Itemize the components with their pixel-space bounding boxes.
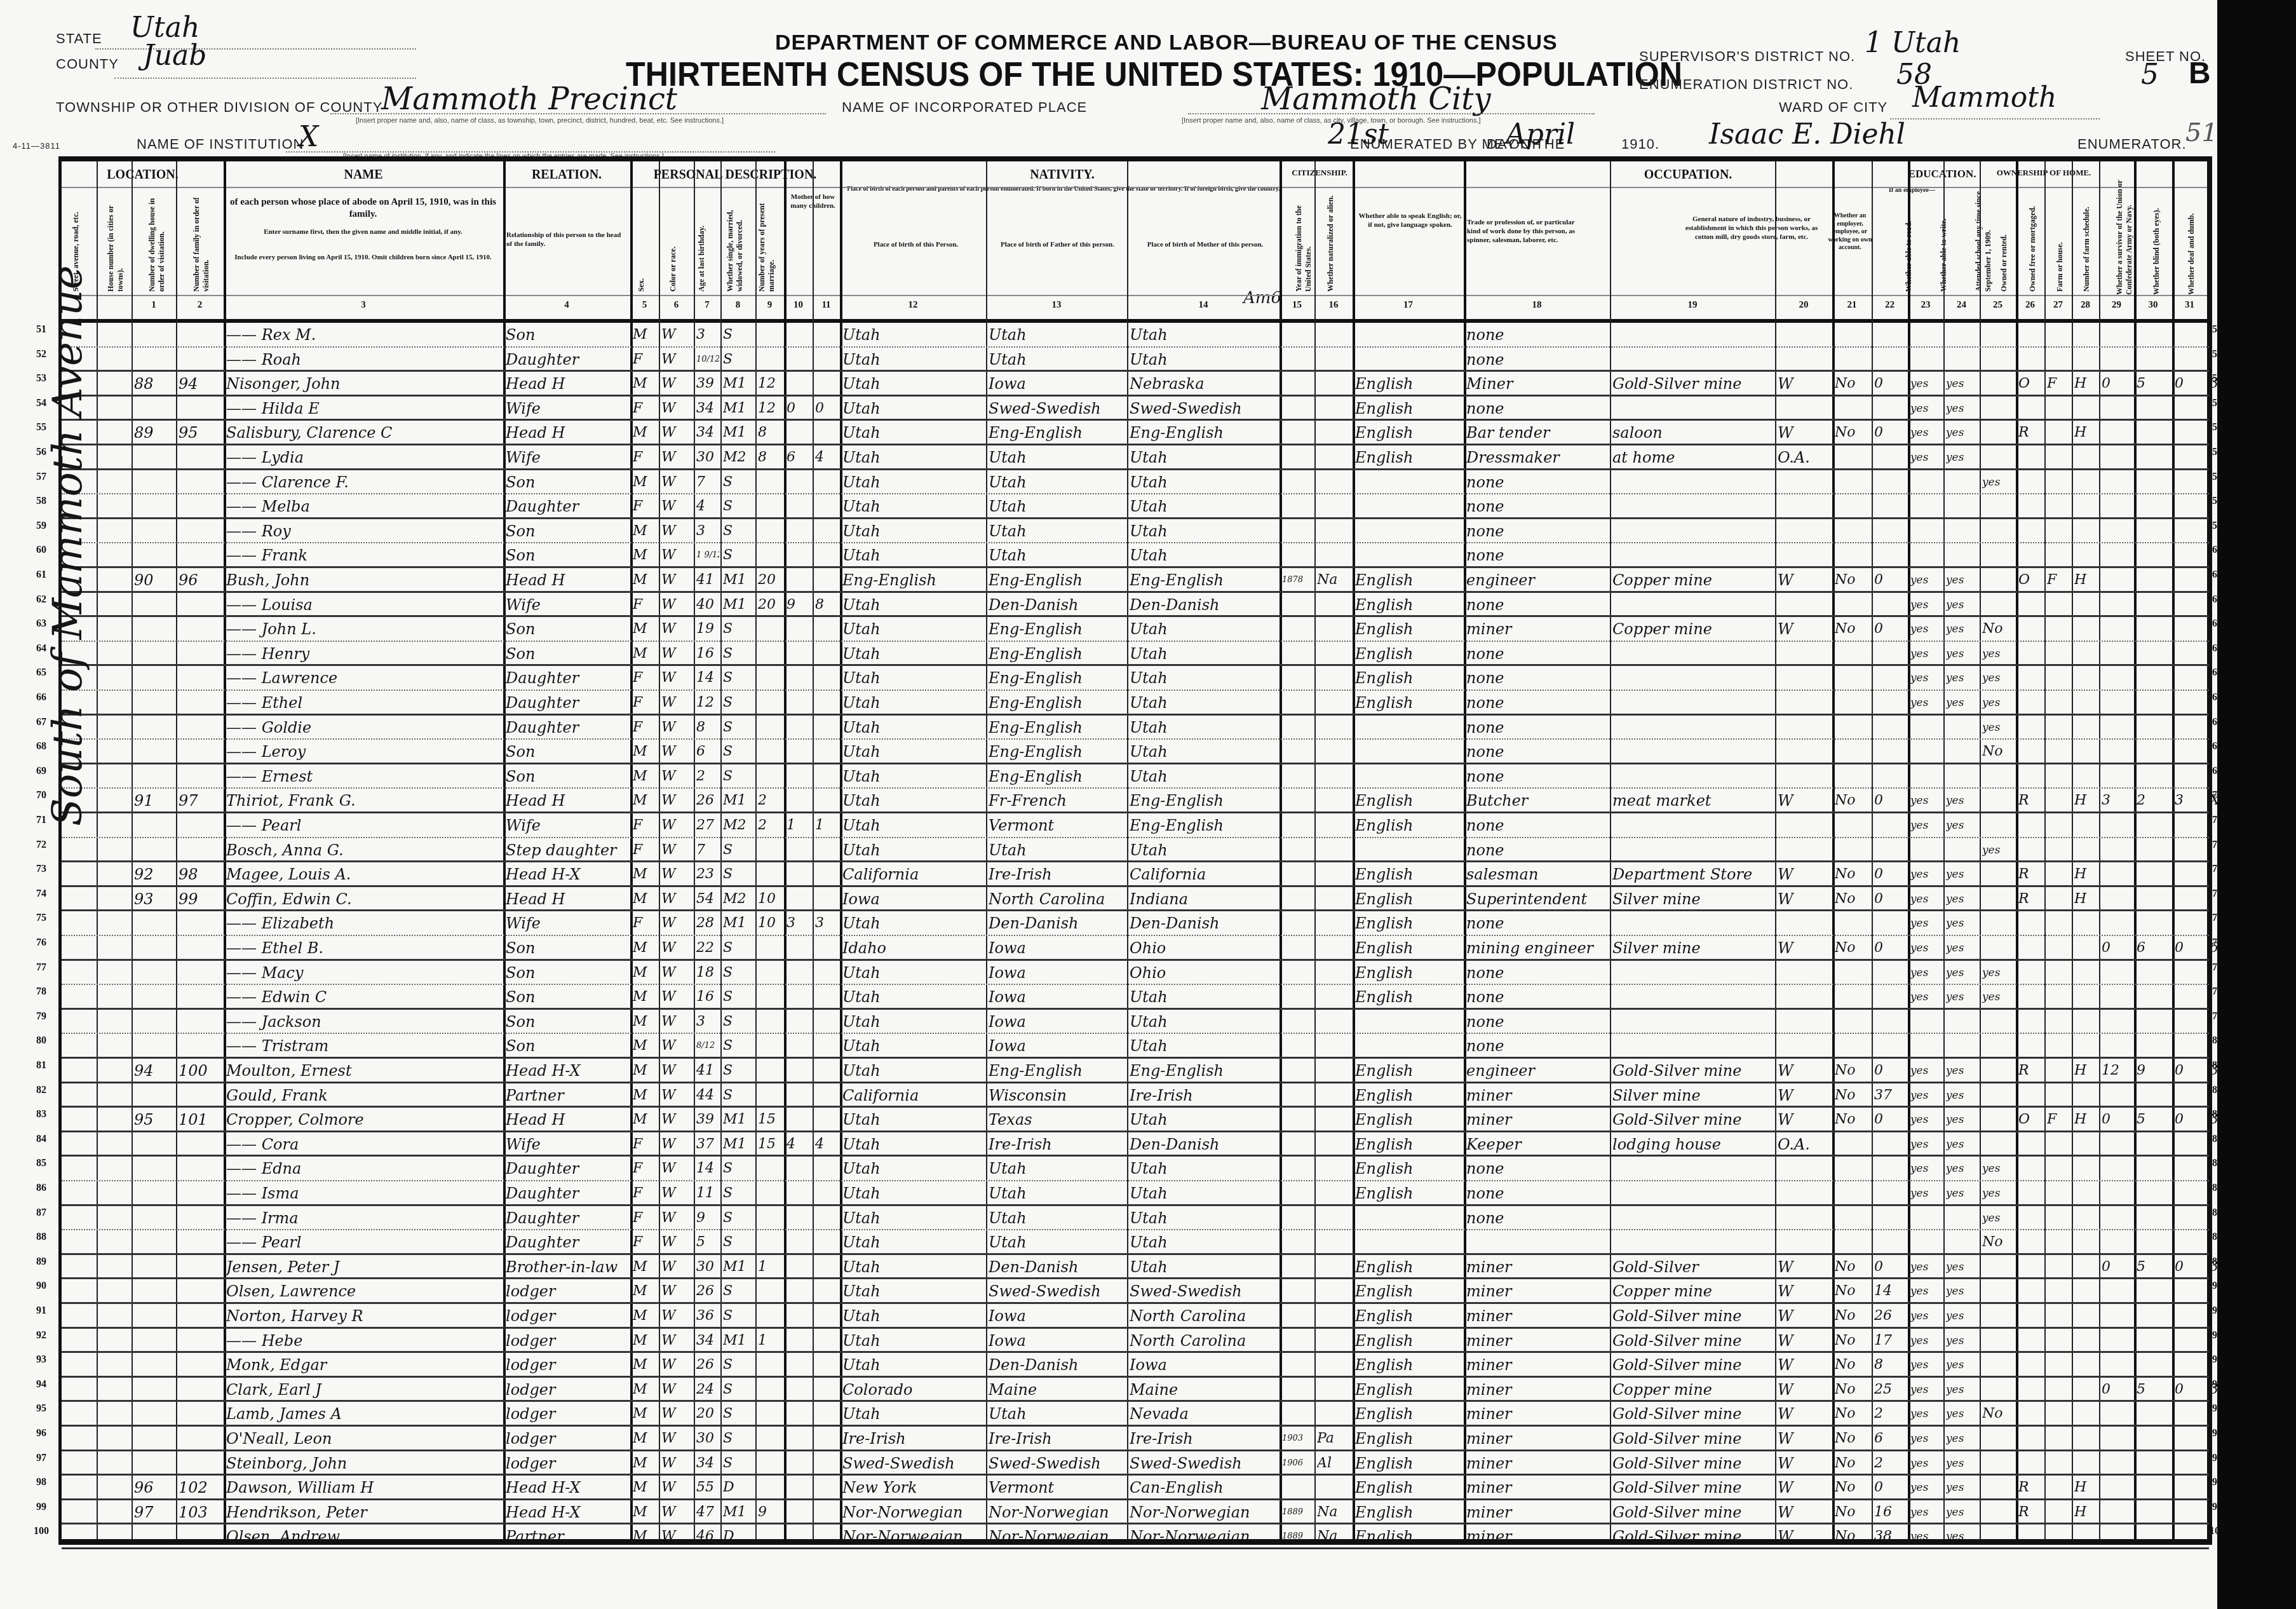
table-row: —— John L.SonMW19SUtahEng-EnglishUtahEng… xyxy=(62,617,2209,642)
cell-name: Olsen, Andrew xyxy=(226,1524,502,1549)
cell-c31: 0 xyxy=(2175,1108,2206,1132)
header-age: Age at last birthday. xyxy=(697,190,706,292)
cell-industry: Silver mine xyxy=(1612,936,1774,961)
cell-lang: English xyxy=(1355,789,1462,813)
cell-birth: Utah xyxy=(842,1181,985,1206)
cell-birth: Utah xyxy=(842,1059,985,1083)
cell-trade: none xyxy=(1466,838,1609,863)
group-location: LOCATION. xyxy=(62,168,224,182)
cell-industry: Gold-Silver mine xyxy=(1612,1476,1774,1500)
cell-school: yes xyxy=(1982,838,2015,863)
line-number: 72 xyxy=(29,839,54,851)
cell-emp: W xyxy=(1778,1524,1831,1549)
cell-school: yes xyxy=(1982,961,2015,986)
ward-value: Mammoth xyxy=(1912,81,2056,114)
cell-lang: English xyxy=(1355,1108,1462,1132)
cell-emp: W xyxy=(1778,887,1831,912)
cell-industry: Gold-Silver mine xyxy=(1612,1524,1774,1549)
column-number: 30 xyxy=(2134,300,2172,311)
cell-born: 3 xyxy=(787,911,811,936)
cell-yrs_married: 12 xyxy=(758,372,783,397)
cell-industry: Gold-Silver mine xyxy=(1612,1329,1774,1354)
cell-marital: S xyxy=(723,740,754,764)
cell-age: 37 xyxy=(696,1132,719,1157)
cell-father: Den-Danish xyxy=(989,1353,1126,1378)
cell-father: Swed-Swedish xyxy=(989,1279,1126,1304)
cell-age: 18 xyxy=(696,961,719,986)
cell-mother: Utah xyxy=(1130,740,1278,764)
cell-age: 46 xyxy=(696,1524,719,1549)
cell-age: 26 xyxy=(696,1279,719,1304)
column-number: 29 xyxy=(2099,300,2134,311)
cell-name: —— Goldie xyxy=(226,716,502,740)
cell-father: Texas xyxy=(989,1108,1126,1132)
cell-birth: Utah xyxy=(842,348,985,372)
line-number: 69 xyxy=(29,766,54,777)
cell-write: yes xyxy=(1946,1181,1978,1206)
cell-race: W xyxy=(661,494,692,519)
table-row: Monk, EdgarlodgerMW26SUtahDen-DanishIowa… xyxy=(62,1353,2209,1378)
cell-imm: 1906 xyxy=(1282,1451,1313,1476)
table-row: —— CoraWifeFW37M11544UtahIre-IrishDen-Da… xyxy=(62,1132,2209,1157)
cell-race: W xyxy=(661,887,692,912)
cell-birth: Utah xyxy=(842,543,985,568)
cell-sex: M xyxy=(633,1524,658,1549)
cell-trade: none xyxy=(1466,813,1609,838)
township-underline xyxy=(330,113,826,114)
cell-marital: M2 xyxy=(723,445,754,470)
header-family: Number of family in order of visitation. xyxy=(192,190,211,292)
cell-living: 8 xyxy=(815,593,839,618)
cell-father: Ire-Irish xyxy=(989,862,1126,887)
cell-father: Swed-Swedish xyxy=(989,397,1126,421)
header-birth-mother: Place of birth of Mother of this person. xyxy=(1129,241,1281,250)
cell-industry: Copper mine xyxy=(1612,1378,1774,1402)
cell-mother: Ohio xyxy=(1130,936,1278,961)
cell-name: Jensen, Peter J xyxy=(226,1255,502,1280)
cell-sex: M xyxy=(633,1500,658,1525)
cell-weeks: 2 xyxy=(1874,1402,1907,1427)
cell-age: 3 xyxy=(696,519,719,544)
cell-dwelling: 91 xyxy=(134,789,175,813)
line-number: 55 xyxy=(29,422,54,433)
cell-race: W xyxy=(661,691,692,716)
cell-age: 10/12 xyxy=(696,348,719,372)
cell-c30: 5 xyxy=(2137,1255,2171,1280)
cell-family: 98 xyxy=(179,862,222,887)
cell-c30: 5 xyxy=(2137,372,2171,397)
cell-emp: W xyxy=(1778,1427,1831,1451)
line-number: 89 xyxy=(29,1256,54,1268)
cell-birth: Utah xyxy=(842,961,985,986)
column-number: 6 xyxy=(659,300,694,311)
cell-father: Iowa xyxy=(989,1329,1126,1354)
cell-c31: 0 xyxy=(2175,372,2206,397)
cell-living: 3 xyxy=(815,911,839,936)
header-rule xyxy=(62,187,2209,188)
cell-own: R xyxy=(2018,887,2043,912)
cell-relation: Daughter xyxy=(506,691,629,716)
line-number: 63 xyxy=(29,618,54,630)
cell-c30: 5 xyxy=(2137,1108,2171,1132)
cell-trade: Keeper xyxy=(1466,1132,1609,1157)
cell-emp: W xyxy=(1778,1304,1831,1329)
cell-birth: Utah xyxy=(842,1010,985,1035)
cell-marital: M1 xyxy=(723,1329,754,1354)
column-number: 20 xyxy=(1775,300,1832,311)
cell-yrs_married: 1 xyxy=(758,1329,783,1354)
cell-emp: W xyxy=(1778,372,1831,397)
table-row: —— RoySonMW3SUtahUtahUtahnone xyxy=(62,519,2209,544)
cell-weeks: 0 xyxy=(1874,862,1907,887)
cell-mother: Nevada xyxy=(1130,1402,1278,1427)
cell-lang: English xyxy=(1355,593,1462,618)
cell-sex: M xyxy=(633,764,658,789)
cell-name: —— Isma xyxy=(226,1181,502,1206)
cell-marital: M2 xyxy=(723,887,754,912)
cell-write: yes xyxy=(1946,911,1978,936)
cell-emp: W xyxy=(1778,1279,1831,1304)
column-number: 17 xyxy=(1353,300,1464,311)
cell-family: 94 xyxy=(179,372,222,397)
cell-read: yes xyxy=(1910,1108,1942,1132)
cell-out: No xyxy=(1835,1255,1870,1280)
cell-race: W xyxy=(661,1329,692,1354)
cell-trade: none xyxy=(1466,911,1609,936)
column-number: 18 xyxy=(1464,300,1610,311)
cell-father: Vermont xyxy=(989,813,1126,838)
table-row: 8894Nisonger, JohnHead HMW39M112UtahIowa… xyxy=(62,372,2209,397)
cell-industry: Gold-Silver xyxy=(1612,1255,1774,1280)
cell-mother: Ire-Irish xyxy=(1130,1083,1278,1108)
cell-marital: M1 xyxy=(723,568,754,593)
cell-name: —— Ethel xyxy=(226,691,502,716)
cell-write: yes xyxy=(1946,813,1978,838)
cell-weeks: 38 xyxy=(1874,1524,1907,1549)
cell-mother: North Carolina xyxy=(1130,1304,1278,1329)
cell-race: W xyxy=(661,1451,692,1476)
cell-mother: Iowa xyxy=(1130,1353,1278,1378)
cell-sex: F xyxy=(633,813,658,838)
cell-age: 30 xyxy=(696,1427,719,1451)
cell-lang: English xyxy=(1355,1524,1462,1549)
cell-write: yes xyxy=(1946,961,1978,986)
cell-father: Utah xyxy=(989,494,1126,519)
cell-emp: O.A. xyxy=(1778,445,1831,470)
cell-lang: English xyxy=(1355,1083,1462,1108)
cell-weeks: 0 xyxy=(1874,372,1907,397)
cell-marital: S xyxy=(723,1427,754,1451)
cell-sched: 12 xyxy=(2102,1059,2133,1083)
cell-family: 95 xyxy=(179,421,222,445)
cell-birth: Utah xyxy=(842,985,985,1010)
cell-name: —— Edwin C xyxy=(226,985,502,1010)
cell-school: yes xyxy=(1982,716,2015,740)
cell-father: Utah xyxy=(989,348,1126,372)
cell-birth: Utah xyxy=(842,421,985,445)
cell-marital: S xyxy=(723,1010,754,1035)
cell-mother: Swed-Swedish xyxy=(1130,397,1278,421)
line-number: 80 xyxy=(29,1035,54,1047)
cell-marital: S xyxy=(723,1304,754,1329)
cell-own: R xyxy=(2018,1500,2043,1525)
cell-age: 3 xyxy=(696,323,719,348)
cell-trade: Bar tender xyxy=(1466,421,1609,445)
table-row: —— EdnaDaughterFW14SUtahUtahUtahEnglishn… xyxy=(62,1157,2209,1181)
cell-read: yes xyxy=(1910,1255,1942,1280)
cell-free: F xyxy=(2047,1108,2070,1132)
cell-write: yes xyxy=(1946,1255,1978,1280)
cell-father: Utah xyxy=(989,1157,1126,1181)
line-number: 91 xyxy=(29,1305,54,1317)
cell-write: yes xyxy=(1946,372,1978,397)
cell-marital: S xyxy=(723,1181,754,1206)
cell-mother: Utah xyxy=(1130,1108,1278,1132)
cell-father: Swed-Swedish xyxy=(989,1451,1126,1476)
cell-lang: English xyxy=(1355,1427,1462,1451)
cell-age: 39 xyxy=(696,372,719,397)
cell-name: —— Jackson xyxy=(226,1010,502,1035)
cell-age: 54 xyxy=(696,887,719,912)
cell-name: —— Irma xyxy=(226,1206,502,1231)
cell-trade: miner xyxy=(1466,617,1609,642)
cell-write: yes xyxy=(1946,421,1978,445)
cell-marital: M1 xyxy=(723,1132,754,1157)
supervisor-district-label: Supervisor's District No. xyxy=(1639,48,1855,65)
cell-marital: S xyxy=(723,642,754,667)
cell-race: W xyxy=(661,1034,692,1059)
cell-marital: S xyxy=(723,691,754,716)
cell-mother: Nor-Norwegian xyxy=(1130,1524,1278,1549)
cell-weeks: 2 xyxy=(1874,1451,1907,1476)
cell-father: Maine xyxy=(989,1378,1126,1402)
cell-birth: Utah xyxy=(842,593,985,618)
line-number: 79 xyxy=(29,1011,54,1022)
cell-read: yes xyxy=(1910,642,1942,667)
cell-yrs_married: 8 xyxy=(758,421,783,445)
cell-sex: M xyxy=(633,421,658,445)
line-number: 93 xyxy=(29,1354,54,1366)
cell-weeks: 0 xyxy=(1874,617,1907,642)
cell-marital: M1 xyxy=(723,1255,754,1280)
cell-birth: Ire-Irish xyxy=(842,1427,985,1451)
cell-father: Iowa xyxy=(989,936,1126,961)
cell-race: W xyxy=(661,421,692,445)
cell-birth: Utah xyxy=(842,617,985,642)
cell-birth: Utah xyxy=(842,1353,985,1378)
cell-marital: M1 xyxy=(723,372,754,397)
cell-marital: S xyxy=(723,1402,754,1427)
cell-race: W xyxy=(661,1132,692,1157)
cell-lang: English xyxy=(1355,862,1462,887)
cell-industry: Copper mine xyxy=(1612,1279,1774,1304)
table-row: —— IsmaDaughterFW11SUtahUtahUtahEnglishn… xyxy=(62,1181,2209,1206)
cell-age: 2 xyxy=(696,764,719,789)
column-number: 19 xyxy=(1610,300,1775,311)
cell-name: Coffin, Edwin C. xyxy=(226,887,502,912)
cell-out: No xyxy=(1835,1279,1870,1304)
cell-fh: H xyxy=(2074,887,2098,912)
cell-trade: none xyxy=(1466,1010,1609,1035)
header-years-married: Number of years of present marriage. xyxy=(757,190,776,292)
cell-age: 7 xyxy=(696,838,719,863)
cell-relation: Wife xyxy=(506,593,629,618)
cell-birth: Utah xyxy=(842,642,985,667)
cell-birth: Utah xyxy=(842,1206,985,1231)
cell-emp: W xyxy=(1778,1378,1831,1402)
cell-school: yes xyxy=(1982,470,2015,495)
cell-trade: miner xyxy=(1466,1108,1609,1132)
cell-out: No xyxy=(1835,1476,1870,1500)
cell-read: yes xyxy=(1910,1427,1942,1451)
cell-relation: Daughter xyxy=(506,1206,629,1231)
cell-relation: Son xyxy=(506,323,629,348)
table-row: Clark, Earl JlodgerMW24SColoradoMaineMai… xyxy=(62,1378,2209,1402)
cell-marital: D xyxy=(723,1524,754,1549)
cell-school: No xyxy=(1982,740,2015,764)
cell-read: yes xyxy=(1910,1304,1942,1329)
cell-marital: S xyxy=(723,617,754,642)
cell-write: yes xyxy=(1946,1378,1978,1402)
cell-emp: W xyxy=(1778,862,1831,887)
cell-race: W xyxy=(661,961,692,986)
cell-age: 5 xyxy=(696,1230,719,1255)
cell-father: Iowa xyxy=(989,961,1126,986)
cell-trade: none xyxy=(1466,323,1609,348)
line-number: 56 xyxy=(29,447,54,458)
cell-weeks: 6 xyxy=(1874,1427,1907,1451)
cell-industry: Gold-Silver mine xyxy=(1612,1427,1774,1451)
cell-mother: Utah xyxy=(1130,445,1278,470)
cell-name: —— Tristram xyxy=(226,1034,502,1059)
cell-marital: S xyxy=(723,961,754,986)
cell-write: yes xyxy=(1946,1108,1978,1132)
cell-c31: 0 xyxy=(2175,1378,2206,1402)
cell-out: No xyxy=(1835,1083,1870,1108)
cell-name: —— Pearl xyxy=(226,813,502,838)
cell-relation: Son xyxy=(506,642,629,667)
cell-write: yes xyxy=(1946,936,1978,961)
cell-trade: miner xyxy=(1466,1451,1609,1476)
group-nativity: NATIVITY. xyxy=(840,168,1285,182)
cell-relation: Head H xyxy=(506,372,629,397)
cell-relation: lodger xyxy=(506,1451,629,1476)
cell-trade: none xyxy=(1466,1034,1609,1059)
cell-fh: H xyxy=(2074,568,2098,593)
cell-school: yes xyxy=(1982,1206,2015,1231)
cell-father: Iowa xyxy=(989,1304,1126,1329)
cell-own: O xyxy=(2018,1108,2043,1132)
cell-name: —— Elizabeth xyxy=(226,911,502,936)
cell-weeks: 0 xyxy=(1874,1255,1907,1280)
header-trade: Trade or profession of, or particular ki… xyxy=(1467,219,1588,245)
cell-birth: Utah xyxy=(842,764,985,789)
cell-yrs_married: 2 xyxy=(758,813,783,838)
cell-read: yes xyxy=(1910,1329,1942,1354)
cell-lang: English xyxy=(1355,1402,1462,1427)
cell-out: No xyxy=(1835,617,1870,642)
column-number: 5 xyxy=(630,300,659,311)
table-row: —— TristramSonMW8/12SUtahIowaUtahnone xyxy=(62,1034,2209,1059)
cell-sched: 0 xyxy=(2102,936,2133,961)
table-row: 96102Dawson, William HHead H-XMW55DNew Y… xyxy=(62,1476,2209,1500)
cell-age: 34 xyxy=(696,1451,719,1476)
table-row: —— GoldieDaughterFW8SUtahEng-EnglishUtah… xyxy=(62,716,2209,740)
cell-birth: Utah xyxy=(842,1402,985,1427)
cell-relation: Partner xyxy=(506,1083,629,1108)
cell-read: yes xyxy=(1910,887,1942,912)
cell-name: —— Ernest xyxy=(226,764,502,789)
cell-father: Utah xyxy=(989,470,1126,495)
cell-sex: M xyxy=(633,1255,658,1280)
cell-read: yes xyxy=(1910,1083,1942,1108)
cell-trade: none xyxy=(1466,642,1609,667)
cell-lang: English xyxy=(1355,642,1462,667)
cell-emp: W xyxy=(1778,936,1831,961)
sheet-number: 5 xyxy=(2141,58,2159,91)
cell-relation: lodger xyxy=(506,1279,629,1304)
cell-family: 101 xyxy=(179,1108,222,1132)
cell-relation: Son xyxy=(506,1010,629,1035)
cell-weeks: 0 xyxy=(1874,936,1907,961)
cell-marital: S xyxy=(723,1034,754,1059)
year-label: 1910. xyxy=(1621,136,1659,153)
line-number: 86 xyxy=(29,1183,54,1194)
column-number: 23 xyxy=(1908,300,1943,311)
cell-industry: Gold-Silver mine xyxy=(1612,1059,1774,1083)
cell-write: yes xyxy=(1946,862,1978,887)
cell-marital: S xyxy=(723,666,754,691)
cell-mother: Utah xyxy=(1130,716,1278,740)
cell-marital: S xyxy=(723,494,754,519)
cell-sex: M xyxy=(633,862,658,887)
cell-mother: Utah xyxy=(1130,764,1278,789)
cell-read: yes xyxy=(1910,666,1942,691)
cell-birth: Utah xyxy=(842,789,985,813)
header-race: Color or race. xyxy=(668,190,678,292)
cell-mother: Utah xyxy=(1130,470,1278,495)
cell-read: yes xyxy=(1910,985,1942,1010)
cell-born: 1 xyxy=(787,813,811,838)
cell-own: R xyxy=(2018,1059,2043,1083)
cell-race: W xyxy=(661,666,692,691)
cell-read: yes xyxy=(1910,445,1942,470)
cell-marital: S xyxy=(723,716,754,740)
cell-trade: none xyxy=(1466,764,1609,789)
cell-lang: English xyxy=(1355,887,1462,912)
cell-out: No xyxy=(1835,1451,1870,1476)
column-number: 15 xyxy=(1280,300,1314,311)
cell-age: 28 xyxy=(696,911,719,936)
table-row: 97103Hendrikson, PeterHead H-XMW47M19Nor… xyxy=(62,1500,2209,1525)
cell-trade: none xyxy=(1466,494,1609,519)
cell-industry: Gold-Silver mine xyxy=(1612,1500,1774,1525)
cell-trade: mining engineer xyxy=(1466,936,1609,961)
table-row: —— PearlWifeFW27M2211UtahVermontEng-Engl… xyxy=(62,813,2209,838)
cell-sex: M xyxy=(633,372,658,397)
group-ownership: OWNERSHIP OF HOME. xyxy=(1990,168,2098,178)
line-number: 88 xyxy=(29,1232,54,1243)
header-blind: Whether blind (both eyes). xyxy=(2152,174,2161,295)
cell-family: 103 xyxy=(179,1500,222,1525)
page-stamp: 51 xyxy=(2185,118,2218,147)
cell-nat: Na xyxy=(1317,1524,1351,1549)
cell-emp: W xyxy=(1778,1329,1831,1354)
table-row: Olsen, AndrewPartnerMW46DNor-NorwegianNo… xyxy=(62,1524,2209,1549)
cell-sex: M xyxy=(633,1451,658,1476)
cell-out: No xyxy=(1835,421,1870,445)
cell-write: yes xyxy=(1946,1279,1978,1304)
